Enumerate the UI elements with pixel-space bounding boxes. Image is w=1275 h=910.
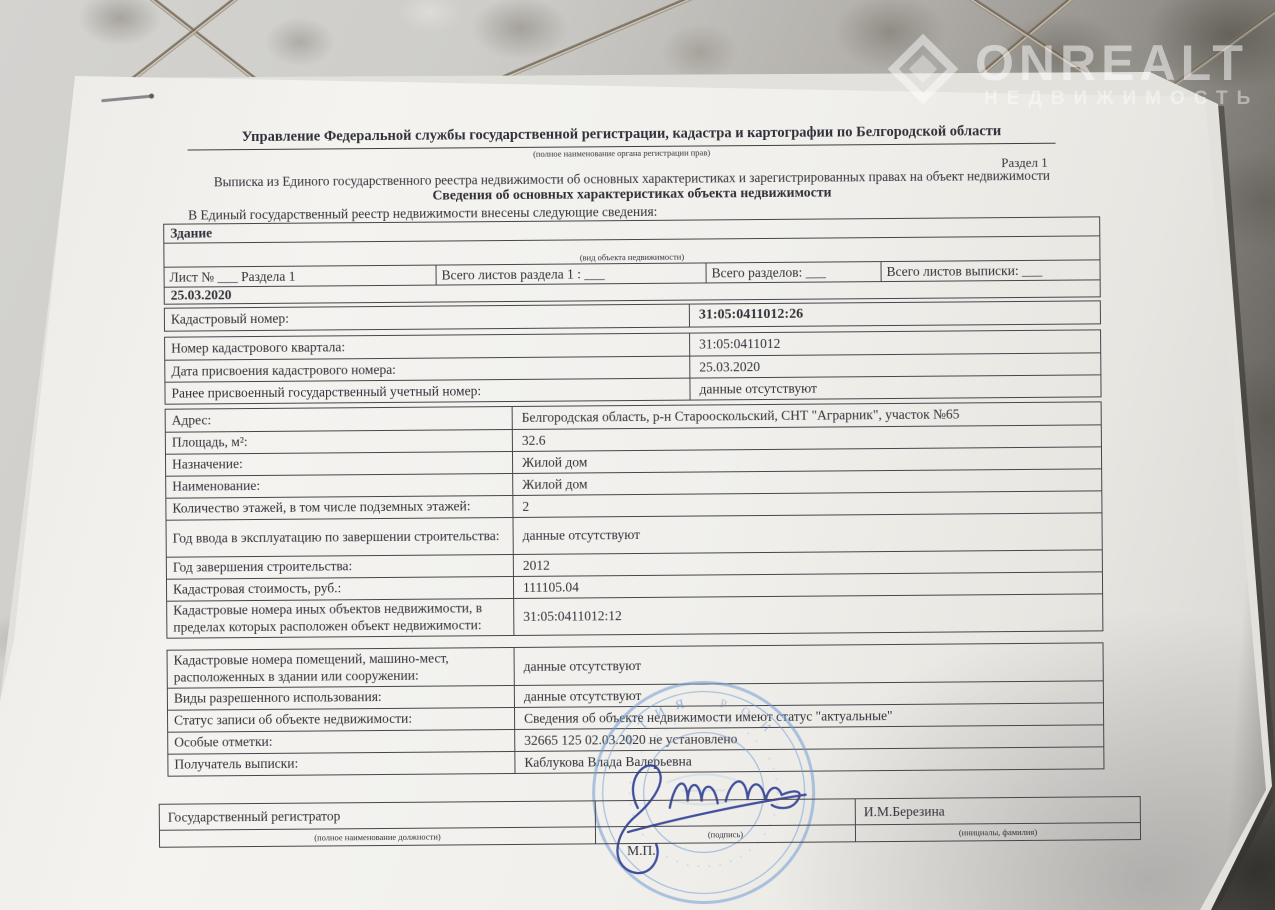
- row-label: Кадастровая стоимость, руб.:: [167, 577, 514, 601]
- row-label: Количество этажей, в том числе подземных…: [166, 496, 513, 520]
- signature-caption: (подпись): [595, 825, 855, 843]
- table-row: Год ввода в эксплуатацию по завершении с…: [166, 512, 1101, 556]
- row-label: Назначение:: [166, 452, 513, 476]
- row-label: Кадастровые номера помещений, машино-мес…: [168, 648, 515, 688]
- stamp-arc-text: И Т И Я: [620, 695, 690, 748]
- row-value: 31:05:0411012: [690, 330, 1100, 355]
- row-label: Год ввода в эксплуатацию по завершении с…: [167, 518, 514, 557]
- object-type-table: Здание (вид объекта недвижимости) Лист №…: [163, 216, 1101, 304]
- cadastral-number-table: Кадастровый номер: 31:05:0411012:26: [164, 300, 1101, 331]
- row-label: Площадь, м²:: [166, 430, 513, 454]
- row-label: Ранее присвоенный государственный учетны…: [165, 379, 690, 404]
- row-value: данные отсутствуют: [690, 375, 1100, 399]
- row-label: Год завершения строительства:: [167, 555, 514, 579]
- row-value: Белгородская область, р-н Старооскольски…: [513, 402, 1101, 429]
- position-caption: (полное наименование должности): [160, 827, 595, 846]
- sheet-cell: Лист № ___ Раздела 1: [165, 266, 436, 287]
- row-label: Статус записи об объекте недвижимости:: [168, 708, 515, 732]
- name-caption: (инициалы, фамилия): [855, 823, 1140, 841]
- photo-scene: Управление Федеральной службы государств…: [0, 0, 1275, 910]
- seal-place-mark: М.П.: [627, 843, 656, 859]
- row-value: 25.03.2020: [690, 353, 1100, 377]
- row-label: Адрес:: [166, 407, 513, 432]
- row-label: Кадастровый номер:: [165, 305, 690, 331]
- quarter-info-table: Номер кадастрового квартала: 31:05:04110…: [164, 329, 1102, 404]
- table-row: Кадастровые номера иных объектов недвижи…: [167, 593, 1102, 637]
- signature-cell: [595, 799, 855, 826]
- row-label: Особые отметки:: [168, 730, 515, 754]
- row-value: 31:05:0411012:26: [690, 301, 1100, 326]
- row-label: Кадастровые номера иных объектов недвижи…: [167, 599, 514, 638]
- svg-text:И Т И Я: И Т И Я: [620, 695, 690, 748]
- row-value: 31:05:0411012:12: [514, 594, 1102, 635]
- registrar-name: И.М.Березина: [855, 797, 1140, 824]
- pen-mark: [101, 95, 151, 103]
- sheet-cell: Всего листов раздела 1 : ___: [436, 263, 706, 284]
- row-value: данные отсутствуют: [513, 513, 1101, 554]
- sheet-cell: Всего листов выписки: ___: [880, 260, 1099, 281]
- table-row: Кадастровый номер: 31:05:0411012:26: [165, 301, 1100, 330]
- row-label: Получатель выписки:: [168, 752, 515, 776]
- sheet-cell: Всего разделов: ___: [705, 262, 880, 282]
- object-details-table: Адрес: Белгородская область, р-н Староос…: [165, 401, 1104, 638]
- row-label: Номер кадастрового квартала:: [165, 334, 690, 360]
- row-label: Виды разрешенного использования:: [168, 686, 515, 710]
- row-label: Дата присвоения кадастрового номера:: [165, 357, 690, 382]
- row-label: Наименование:: [166, 474, 513, 498]
- registrar-signature-table: Государственный регистратор И.М.Березина…: [159, 796, 1141, 848]
- registrar-title: Государственный регистратор: [160, 801, 595, 829]
- document-content: Управление Федеральной службы государств…: [0, 0, 1275, 910]
